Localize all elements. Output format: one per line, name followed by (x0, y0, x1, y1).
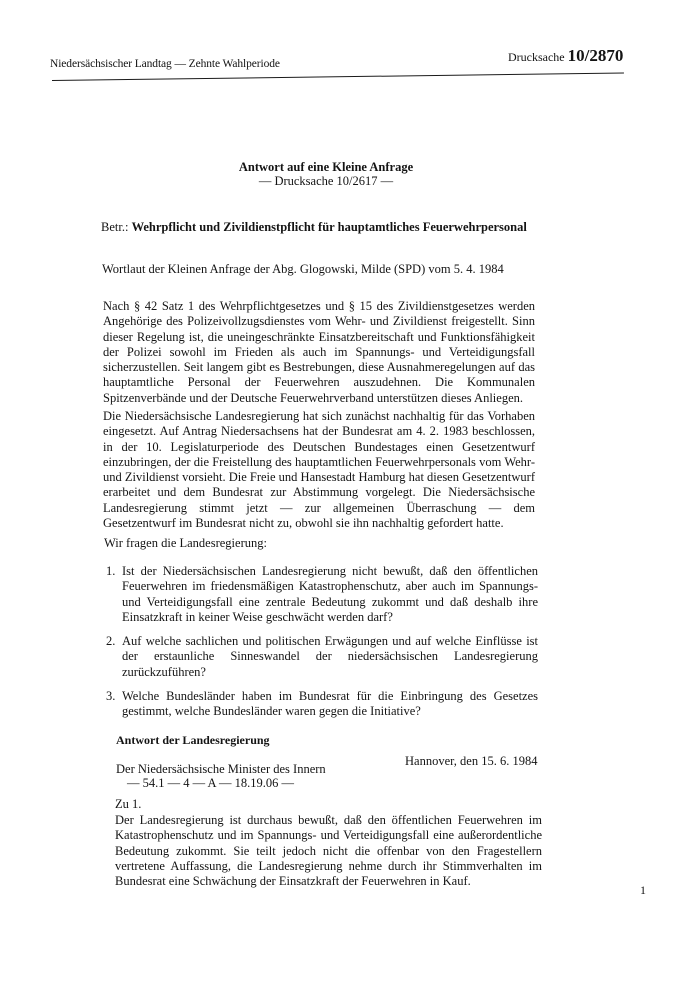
header-parliament-title: Niedersächsischer Landtag — Zehnte Wahlp… (50, 58, 280, 70)
inquiry-intro: Wortlaut der Kleinen Anfrage der Abg. Gl… (102, 262, 504, 277)
document-reference: — Drucksache 10/2617 — (0, 174, 676, 189)
subject-line: Betr.: Wehrpflicht und Zivildienstpflich… (101, 220, 527, 235)
subject-label: Betr.: (101, 220, 128, 234)
inquiry-paragraph: Nach § 42 Satz 1 des Wehrpflichtgesetzes… (103, 299, 535, 406)
document-label: Drucksache (508, 50, 565, 64)
question-text: Auf welche sachlichen und politischen Er… (122, 634, 538, 680)
question-number: 1. (106, 564, 122, 625)
question-item: 2. Auf welche sachlichen und politischen… (106, 634, 538, 680)
document-title: Antwort auf eine Kleine Anfrage (0, 160, 676, 175)
questions-list: 1. Ist der Niedersächsischen Landesregie… (106, 564, 538, 729)
answer-heading: Antwort der Landesregierung (116, 733, 270, 748)
question-text: Ist der Niedersächsischen Landesregierun… (122, 564, 538, 625)
answer-place-date: Hannover, den 15. 6. 1984 (405, 754, 537, 769)
header-document-number: Drucksache 10/2870 (508, 46, 623, 66)
answer-section-label: Zu 1. (115, 797, 141, 812)
question-number: 3. (106, 689, 122, 720)
question-number: 2. (106, 634, 122, 680)
questions-intro: Wir fragen die Landesregierung: (104, 536, 267, 551)
question-text: Welche Bundesländer haben im Bundesrat f… (122, 689, 538, 720)
page-number: 1 (640, 883, 646, 898)
answer-text: Der Landesregierung ist durchaus bewußt,… (115, 813, 542, 889)
inquiry-paragraph: Die Niedersächsische Landesregierung hat… (103, 409, 535, 531)
question-item: 3. Welche Bundesländer haben im Bundesra… (106, 689, 538, 720)
answer-sender: Der Niedersächsische Minister des Innern (116, 762, 326, 776)
document-number: 10/2870 (568, 46, 624, 65)
question-item: 1. Ist der Niedersächsischen Landesregie… (106, 564, 538, 625)
answer-reference: — 54.1 — 4 — A — 18.19.06 — (127, 776, 294, 791)
subject-text: Wehrpflicht und Zivildienstpflicht für h… (132, 220, 527, 234)
header-divider (52, 73, 624, 81)
